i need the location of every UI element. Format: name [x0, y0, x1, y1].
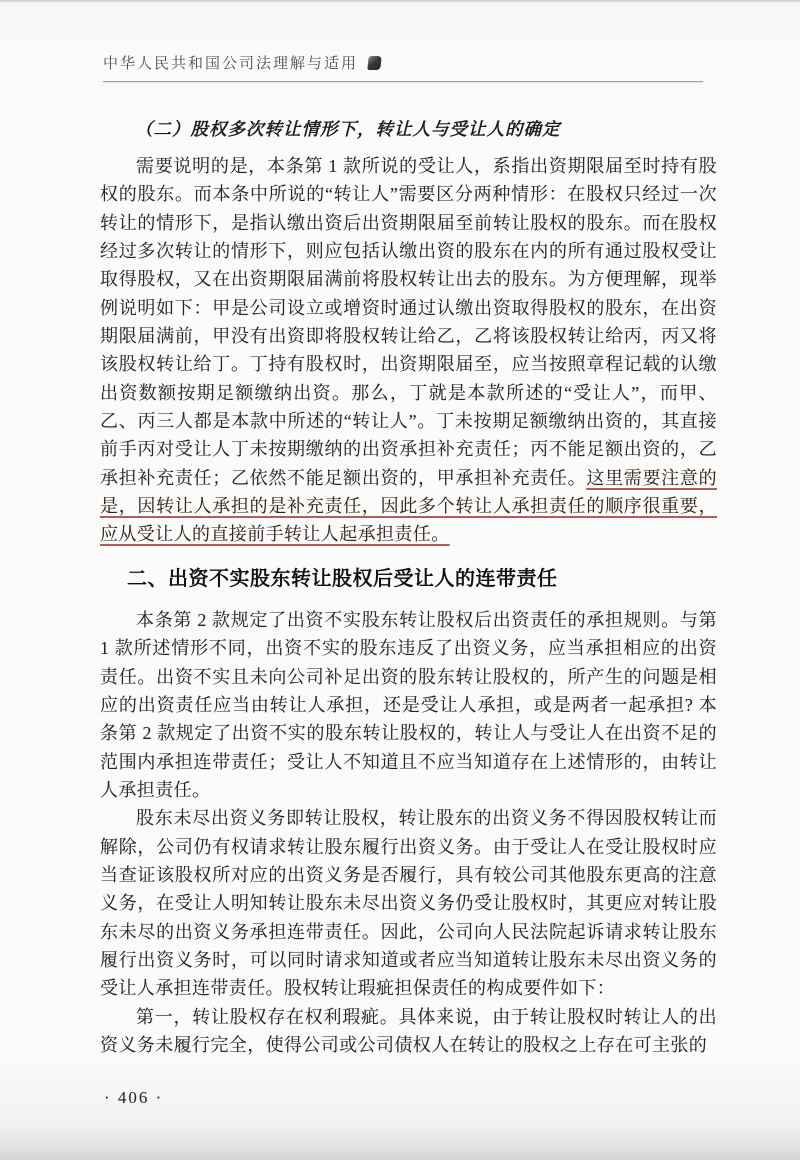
- book-page-scan: 中华人民共和国公司法理解与适用 （二）股权多次转让情形下，转让人与受让人的确定 …: [0, 0, 800, 1160]
- book-title: 中华人民共和国公司法理解与适用: [103, 55, 358, 72]
- subsection-heading: （二）股权多次转让情形下，转让人与受让人的确定: [100, 116, 717, 141]
- header-divider: [103, 81, 703, 82]
- page-footer: · 406 ·: [104, 1088, 163, 1108]
- page-content: （二）股权多次转让情形下，转让人与受让人的确定 需要说明的是，本条第 1 款所说…: [100, 116, 717, 1059]
- paragraph-1-text: 需要说明的是，本条第 1 款所说的受让人，系指出资期限届至时持有股权的股东。而本…: [100, 156, 717, 488]
- page-header: 中华人民共和国公司法理解与适用: [103, 52, 703, 82]
- scan-shadow: [0, 1126, 800, 1160]
- book-logo-icon: [367, 56, 381, 70]
- section-heading: 二、出资不实股东转让股权后受让人的连带责任: [100, 562, 717, 591]
- page-number: · 406 ·: [104, 1088, 163, 1107]
- paragraph-3: 股东未尽出资义务即转让股权，转让股东的出资义务不得因股权转让而解除，公司仍有权请…: [100, 804, 717, 1002]
- paragraph-4: 第一，转让股权存在权利瑕疵。具体来说，由于转让股权时转让人的出资义务未履行完全，…: [100, 1003, 717, 1060]
- paragraph-2: 本条第 2 款规定了出资不实股东转让股权后出资责任的承担规则。与第 1 款所述情…: [100, 606, 717, 804]
- paragraph-1: 需要说明的是，本条第 1 款所说的受让人，系指出资期限届至时持有股权的股东。而本…: [100, 152, 717, 549]
